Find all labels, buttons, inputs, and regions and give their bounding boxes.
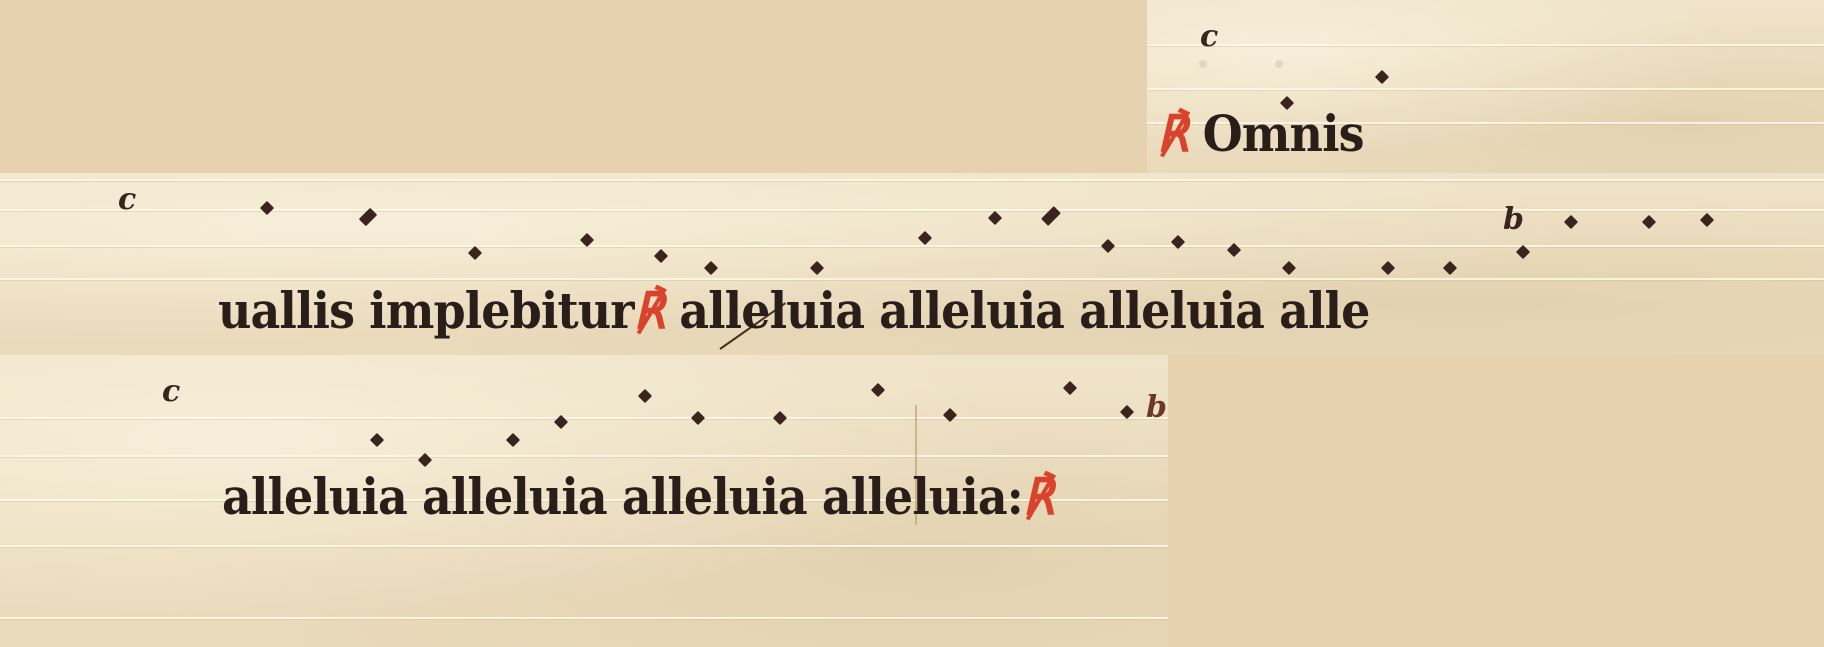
neume-punctum	[871, 383, 885, 397]
neume-clivis	[468, 246, 482, 260]
neume-punctum	[704, 261, 718, 275]
neume-punctum	[1642, 215, 1656, 229]
neume-punctum	[1564, 215, 1578, 229]
neume-clivis	[988, 211, 1002, 225]
neume-punctum	[943, 408, 957, 422]
lyric-text: Omnis	[1188, 104, 1364, 163]
staff-ruling	[0, 417, 1168, 419]
text-line-alleluia: alleluia alleluia alleluia alleluia:℟	[222, 467, 1053, 526]
responsory-sign: ℟	[1023, 467, 1054, 526]
neume-punctum	[1381, 261, 1395, 275]
flat-sign-b: b	[1146, 393, 1167, 423]
neume-punctum	[506, 433, 520, 447]
staff-ruling	[0, 545, 1168, 547]
responsory-sign: ℟	[634, 281, 665, 340]
neume-punctum	[1700, 213, 1714, 227]
neume-clivis	[370, 433, 384, 447]
manuscript-strip-middle: c b uallis implebitur℟ alleluia alleluia…	[0, 173, 1824, 355]
neume-punctum	[1375, 70, 1389, 84]
text-line-omnis: ℟ Omnis	[1157, 104, 1364, 163]
staff-ruling	[0, 179, 1824, 181]
manuscript-strip-top: c ℟ Omnis	[1147, 0, 1824, 173]
neume-punctum	[654, 249, 668, 263]
staff-ruling	[0, 209, 1824, 211]
staff-ruling	[0, 455, 1168, 457]
neume-punctum	[918, 231, 932, 245]
manuscript-strip-bottom: c b alleluia alleluia alleluia alleluia:…	[0, 355, 1168, 647]
lyric-text: uallis implebitur	[218, 281, 634, 340]
lyric-text: alleluia alleluia alleluia alle	[664, 281, 1369, 340]
staff-ruling	[0, 278, 1824, 280]
clef-letter-c: c	[162, 377, 180, 407]
neume-punctum	[1282, 261, 1296, 275]
flat-sign-b: b	[1503, 205, 1524, 235]
neume-punctum	[1516, 245, 1530, 259]
responsory-sign: ℟	[1157, 104, 1188, 163]
neume-clivis	[638, 389, 652, 403]
neume-clivis	[1101, 239, 1115, 253]
neume-punctum	[260, 201, 274, 215]
neume-punctum	[1063, 381, 1077, 395]
faint-mark	[1199, 60, 1207, 68]
staff-ruling	[0, 245, 1824, 247]
staff-ruling	[1147, 88, 1824, 90]
clef-letter-c: c	[118, 185, 136, 215]
staff-ruling	[0, 617, 1168, 619]
lyric-text: alleluia alleluia alleluia alleluia:	[222, 467, 1023, 526]
neume-punctum	[691, 411, 705, 425]
clef-letter-c: c	[1200, 22, 1218, 52]
faint-mark	[1275, 60, 1283, 68]
staff-ruling	[1147, 44, 1824, 46]
neume-punctum	[810, 261, 824, 275]
neume-punctum	[1443, 261, 1457, 275]
text-line-uallis: uallis implebitur℟ alleluia alleluia all…	[218, 281, 1369, 340]
neume-punctum	[773, 411, 787, 425]
